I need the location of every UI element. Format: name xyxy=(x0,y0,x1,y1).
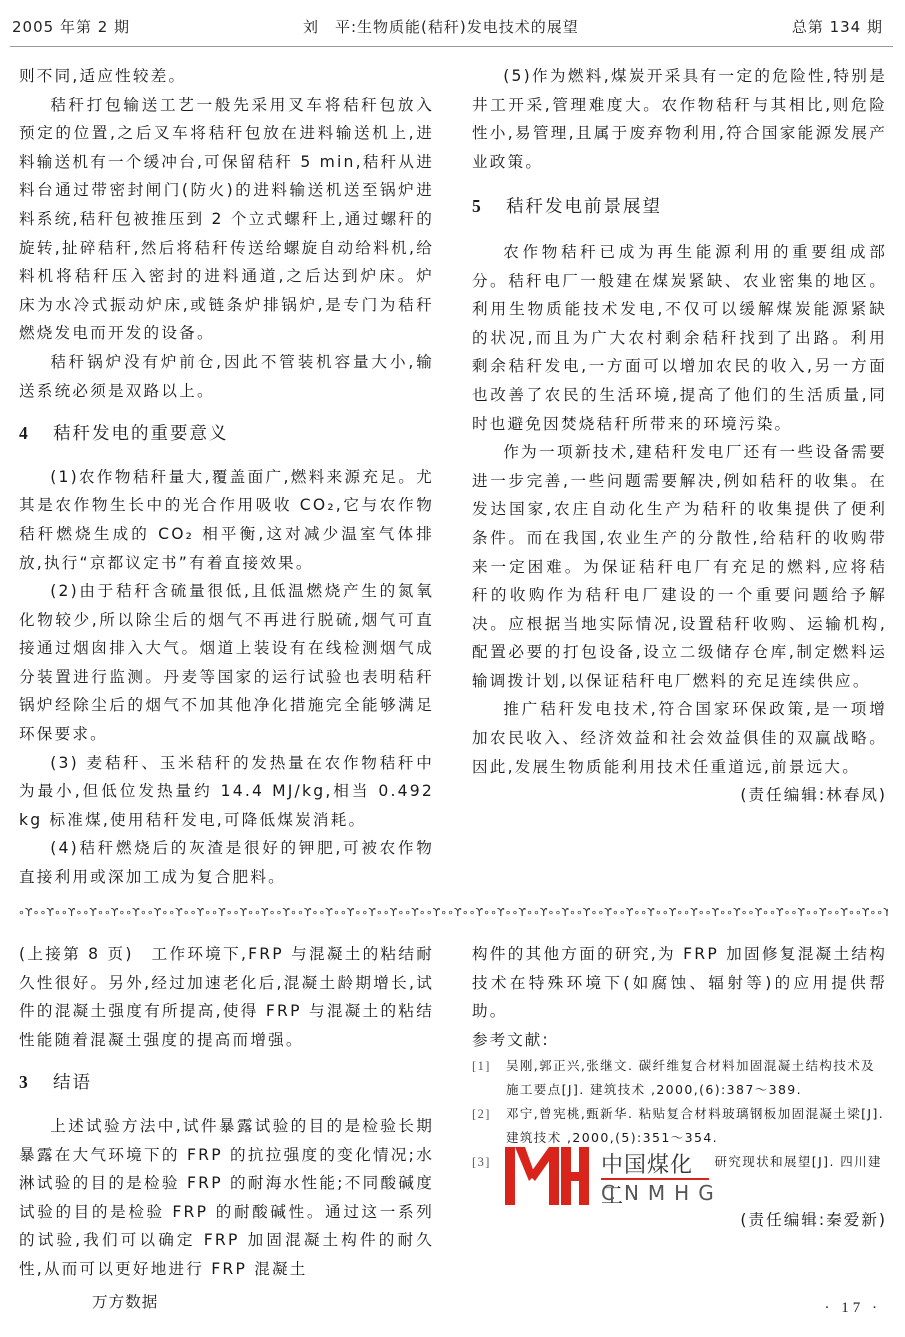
editor-credit: (责任编辑:秦爱新) xyxy=(472,1206,887,1235)
reference-text: 邓宁,曾宪桃,甄新华. 粘贴复合材料玻璃钢板加固混凝土梁[J]. 建筑技术 ,2… xyxy=(506,1102,887,1150)
section-heading-4: 4秸秆发电的重要意义 xyxy=(19,419,434,449)
section-heading-5: 5秸秆发电前景展望 xyxy=(472,192,887,222)
list-item: (5)作为燃料,煤炭开采具有一定的危险性,特别是井工开采,管理难度大。农作物秸秆… xyxy=(472,62,887,176)
reference-number: [1] xyxy=(472,1054,506,1102)
paragraph: 构件的其他方面的研究,为 FRP 加固修复混凝土结构技术在特殊环境下(如腐蚀、辐… xyxy=(472,940,887,1026)
logo-english-text: CNMHG xyxy=(601,1181,723,1205)
list-item: (2)由于秸秆含硫量很低,且低温燃烧产生的氮氧化物较少,所以除尘后的烟气不再进行… xyxy=(19,577,434,749)
editor-credit: (责任编辑:林春凤) xyxy=(472,781,887,810)
upper-left-column: 则不同,适应性较差。 秸秆打包输送工艺一般先采用叉车将秸秆包放入预定的位置,之后… xyxy=(19,62,434,892)
paragraph: 作为一项新技术,建秸秆发电厂还有一些设备需要进一步完善,一些问题需要解决,例如秸… xyxy=(472,438,887,695)
section-heading-3: 3结语 xyxy=(19,1068,434,1098)
list-item: (1)农作物秸秆量大,覆盖面广,燃料来源充足。尤其是农作物生长中的光合作用吸收 … xyxy=(19,463,434,577)
upper-right-column: (5)作为燃料,煤炭开采具有一定的危险性,特别是井工开采,管理难度大。农作物秸秆… xyxy=(472,62,887,810)
reference-text: 吴刚,郭正兴,张继文. 碳纤维复合材料加固混凝土结构技术及施工要点[J]. 建筑… xyxy=(506,1054,887,1102)
issue-label: 2005 年第 2 期 xyxy=(12,16,130,37)
watermark-logo: 中国煤化工 CNMHG xyxy=(505,1145,715,1207)
ornamental-divider: ∘ϒ∘∘ϒ∘∘ϒ∘∘ϒ∘∘ϒ∘∘ϒ∘∘ϒ∘∘ϒ∘∘ϒ∘∘ϒ∘∘ϒ∘∘ϒ∘∘ϒ∘∘… xyxy=(18,906,888,920)
paragraph: 秸秆锅炉没有炉前仓,因此不管装机容量大小,输送系统必须是双路以上。 xyxy=(19,348,434,405)
mh-logo-icon xyxy=(505,1145,589,1207)
reference-item: [2] 邓宁,曾宪桃,甄新华. 粘贴复合材料玻璃钢板加固混凝土梁[J]. 建筑技… xyxy=(472,1102,887,1150)
section-number: 3 xyxy=(19,1068,53,1097)
paragraph: 农作物秸秆已成为再生能源利用的重要组成部分。秸秆电厂一般建在煤炭紧缺、农业密集的… xyxy=(472,238,887,438)
paragraph: 上述试验方法中,试件暴露试验的目的是检验长期暴露在大气环境下的 FRP 的抗拉强… xyxy=(19,1112,434,1284)
list-item: (3) 麦秸秆、玉米秸秆的发热量在农作物秸秆中为最小,但低位发热量约 14.4 … xyxy=(19,749,434,835)
section-number: 5 xyxy=(472,192,506,221)
reference-item: [1] 吴刚,郭正兴,张继文. 碳纤维复合材料加固混凝土结构技术及施工要点[J]… xyxy=(472,1054,887,1102)
reference-number: [2] xyxy=(472,1102,506,1150)
lower-left-column: (上接第 8 页) 工作环境下,FRP 与混凝土的粘结耐久性很好。另外,经过加速… xyxy=(19,940,434,1284)
source-watermark: 万方数据 xyxy=(92,1290,158,1312)
header-rule xyxy=(10,46,893,47)
article-running-title: 刘 平:生物质能(秸秆)发电技术的展望 xyxy=(303,16,579,37)
logo-underline xyxy=(601,1178,709,1180)
section-title: 结语 xyxy=(53,1073,92,1093)
paragraph: 秸秆打包输送工艺一般先采用叉车将秸秆包放入预定的位置,之后叉车将秸秆包放在进料输… xyxy=(19,91,434,348)
section-title: 秸秆发电前景展望 xyxy=(506,197,662,217)
paragraph: 则不同,适应性较差。 xyxy=(19,62,434,91)
total-issue-label: 总第 134 期 xyxy=(792,16,883,37)
section-title: 秸秆发电的重要意义 xyxy=(53,424,229,444)
section-number: 4 xyxy=(19,419,53,448)
paragraph: 推广秸秆发电技术,符合国家环保政策,是一项增加农民收入、经济效益和社会效益俱佳的… xyxy=(472,695,887,781)
list-item: (4)秸秆燃烧后的灰渣是很好的钾肥,可被农作物直接利用或深加工成为复合肥料。 xyxy=(19,834,434,891)
page-number: · 17 · xyxy=(825,1300,882,1317)
reference-number: [3] xyxy=(472,1150,506,1198)
continued-paragraph: (上接第 8 页) 工作环境下,FRP 与混凝土的粘结耐久性很好。另外,经过加速… xyxy=(19,940,434,1054)
references-heading: 参考文献: xyxy=(472,1026,887,1055)
